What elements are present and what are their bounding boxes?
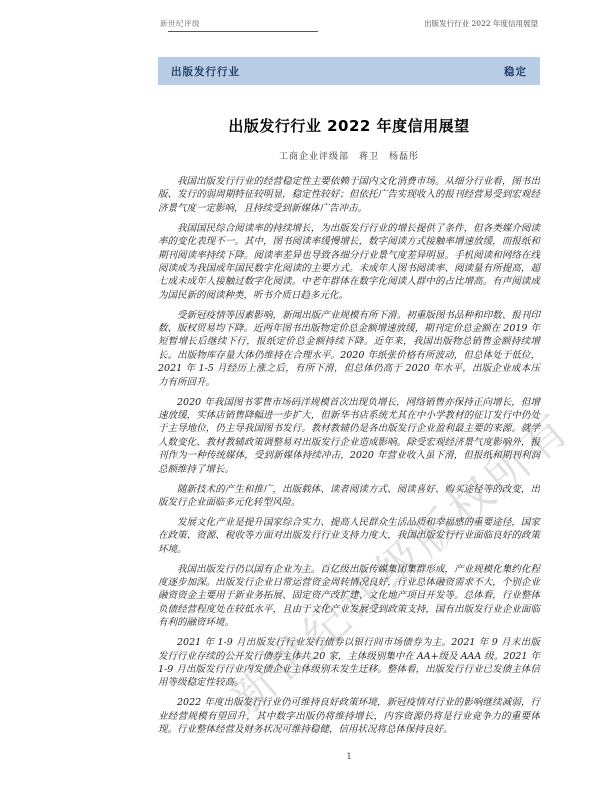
- header-divider: [168, 31, 318, 32]
- banner-industry-label: 出版发行行业: [171, 64, 240, 79]
- report-body: 我国出版发行行业的经营稳定性主要依赖于国内文化消费市场。从细分行业看，图书出版、…: [158, 175, 540, 736]
- page-header: 新世纪评级 出版发行行业 2022 年度信用展望: [158, 18, 540, 29]
- paragraph: 2020 年我国图书零售市场码洋规模首次出现负增长，网络销售亦保持正向增长，但增…: [158, 396, 540, 476]
- page-number: 1: [158, 752, 540, 761]
- paragraph: 2022 年度出版发行行业仍可维持良好政策环境，新冠疫情对行业的影响继续减弱，行…: [158, 696, 540, 736]
- paragraph: 2021 年 1-9 月出版发行行业发行债券以银行间市场债券为主。2021 年 …: [158, 636, 540, 690]
- header-doc-title: 出版发行行业 2022 年度信用展望: [424, 18, 538, 29]
- banner-outlook-badge: 稳定: [504, 64, 527, 79]
- paragraph: 我国出版发行行业的经营稳定性主要依赖于国内文化消费市场。从细分行业看，图书出版、…: [158, 175, 540, 215]
- page-content: 新世纪评级 出版发行行业 2022 年度信用展望 出版发行行业 稳定 出版发行行…: [158, 0, 540, 800]
- header-brand: 新世纪评级: [160, 18, 200, 29]
- byline: 工商企业评级部 蒋卫 杨磊彤: [158, 149, 540, 162]
- industry-outlook-banner: 出版发行行业 稳定: [158, 57, 540, 85]
- paragraph: 随新技术的产生和推广，出版载体、读者阅读方式、阅读喜好、购买途径等的改变，出版发…: [158, 483, 540, 510]
- report-title: 出版发行行业 2022 年度信用展望: [158, 115, 540, 136]
- paragraph: 我国出版发行仍以国有企业为主。百亿级出版传媒集团集群形成，产业规模化集约化程度逐…: [158, 563, 540, 630]
- paragraph: 发展文化产业是提升国家综合实力、提高人民群众生活品质和幸福感的重要途径，国家在政…: [158, 516, 540, 556]
- paragraph: 我国国民综合阅读率的持续增长，为出版发行行业的增长提供了条件，但各类媒介阅读率的…: [158, 222, 540, 302]
- paragraph: 受新冠疫情等因素影响，新闻出版产业规模有所下滑。初重版图书品种和印数、报刊印数、…: [158, 309, 540, 389]
- document-page: 新世纪评级版权所有 新世纪评级 出版发行行业 2022 年度信用展望 出版发行行…: [0, 0, 600, 800]
